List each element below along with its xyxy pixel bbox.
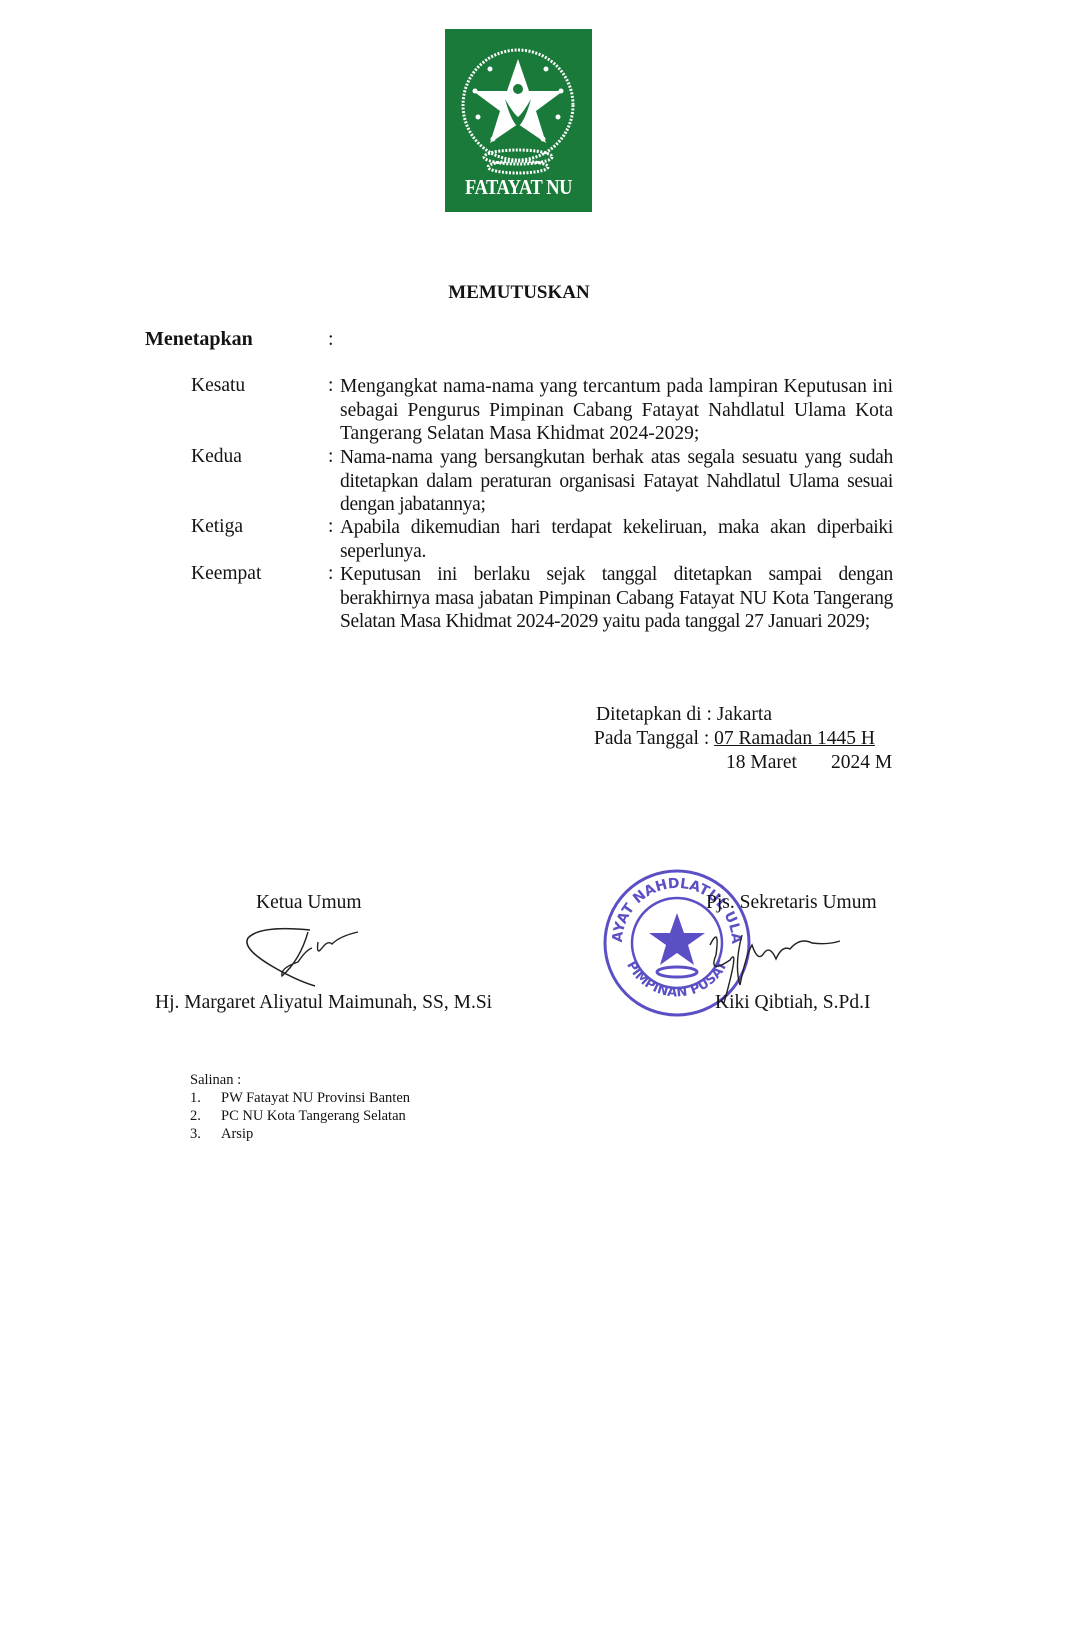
signature-left-icon — [240, 920, 370, 990]
item-colon: : — [328, 563, 333, 585]
item-text-keempat: Keputusan ini berlaku sejak tanggal dite… — [340, 563, 893, 634]
menetapkan-label: Menetapkan — [145, 328, 253, 351]
item-label-ketiga: Ketiga — [191, 516, 243, 538]
place-value: Jakarta — [717, 704, 772, 725]
place-line: Ditetapkan di : Jakarta — [596, 703, 772, 727]
date-gregorian-day: 18 Maret — [726, 752, 797, 773]
item-text-kedua: Nama-nama yang bersangkutan berhak atas … — [340, 446, 893, 517]
logo-text: FATAYAT NU — [454, 175, 583, 200]
date-gregorian: 18 Maret2024 M — [726, 751, 892, 775]
item-colon: : — [328, 375, 333, 397]
left-signer-name: Hj. Margaret Aliyatul Maimunah, SS, M.Si — [155, 992, 492, 1014]
item-colon: : — [328, 516, 333, 538]
right-signer-name: Kiki Qibtiah, S.Pd.I — [715, 992, 870, 1014]
place-label: Ditetapkan di : — [596, 704, 717, 725]
document-title: MEMUTUSKAN — [0, 282, 1038, 304]
right-signer-title: Pjs. Sekretaris Umum — [706, 892, 877, 914]
date-line: Pada Tanggal : 07 Ramadan 1445 H — [594, 727, 875, 751]
copies-list: Salinan : 1.PW Fatayat NU Provinsi Bante… — [190, 1071, 410, 1143]
item-text-ketiga: Apabila dikemudian hari terdapat kekelir… — [340, 516, 893, 563]
date-gregorian-year: 2024 M — [831, 752, 892, 773]
fatayat-nu-logo: FATAYAT NU — [445, 29, 592, 212]
copy-item: 1.PW Fatayat NU Provinsi Banten — [190, 1089, 410, 1107]
copy-item: 2.PC NU Kota Tangerang Selatan — [190, 1107, 410, 1125]
item-label-kesatu: Kesatu — [191, 375, 245, 397]
item-colon: : — [328, 446, 333, 468]
copies-label: Salinan : — [190, 1071, 410, 1089]
date-label: Pada Tanggal : — [594, 728, 714, 749]
date-hijri: 07 Ramadan 1445 H — [714, 728, 875, 749]
item-text-kesatu: Mengangkat nama-nama yang tercantum pada… — [340, 375, 893, 446]
item-label-kedua: Kedua — [191, 446, 242, 468]
menetapkan-colon: : — [328, 328, 334, 351]
item-label-keempat: Keempat — [191, 563, 261, 585]
left-signer-title: Ketua Umum — [256, 892, 362, 914]
copy-item: 3.Arsip — [190, 1125, 410, 1143]
